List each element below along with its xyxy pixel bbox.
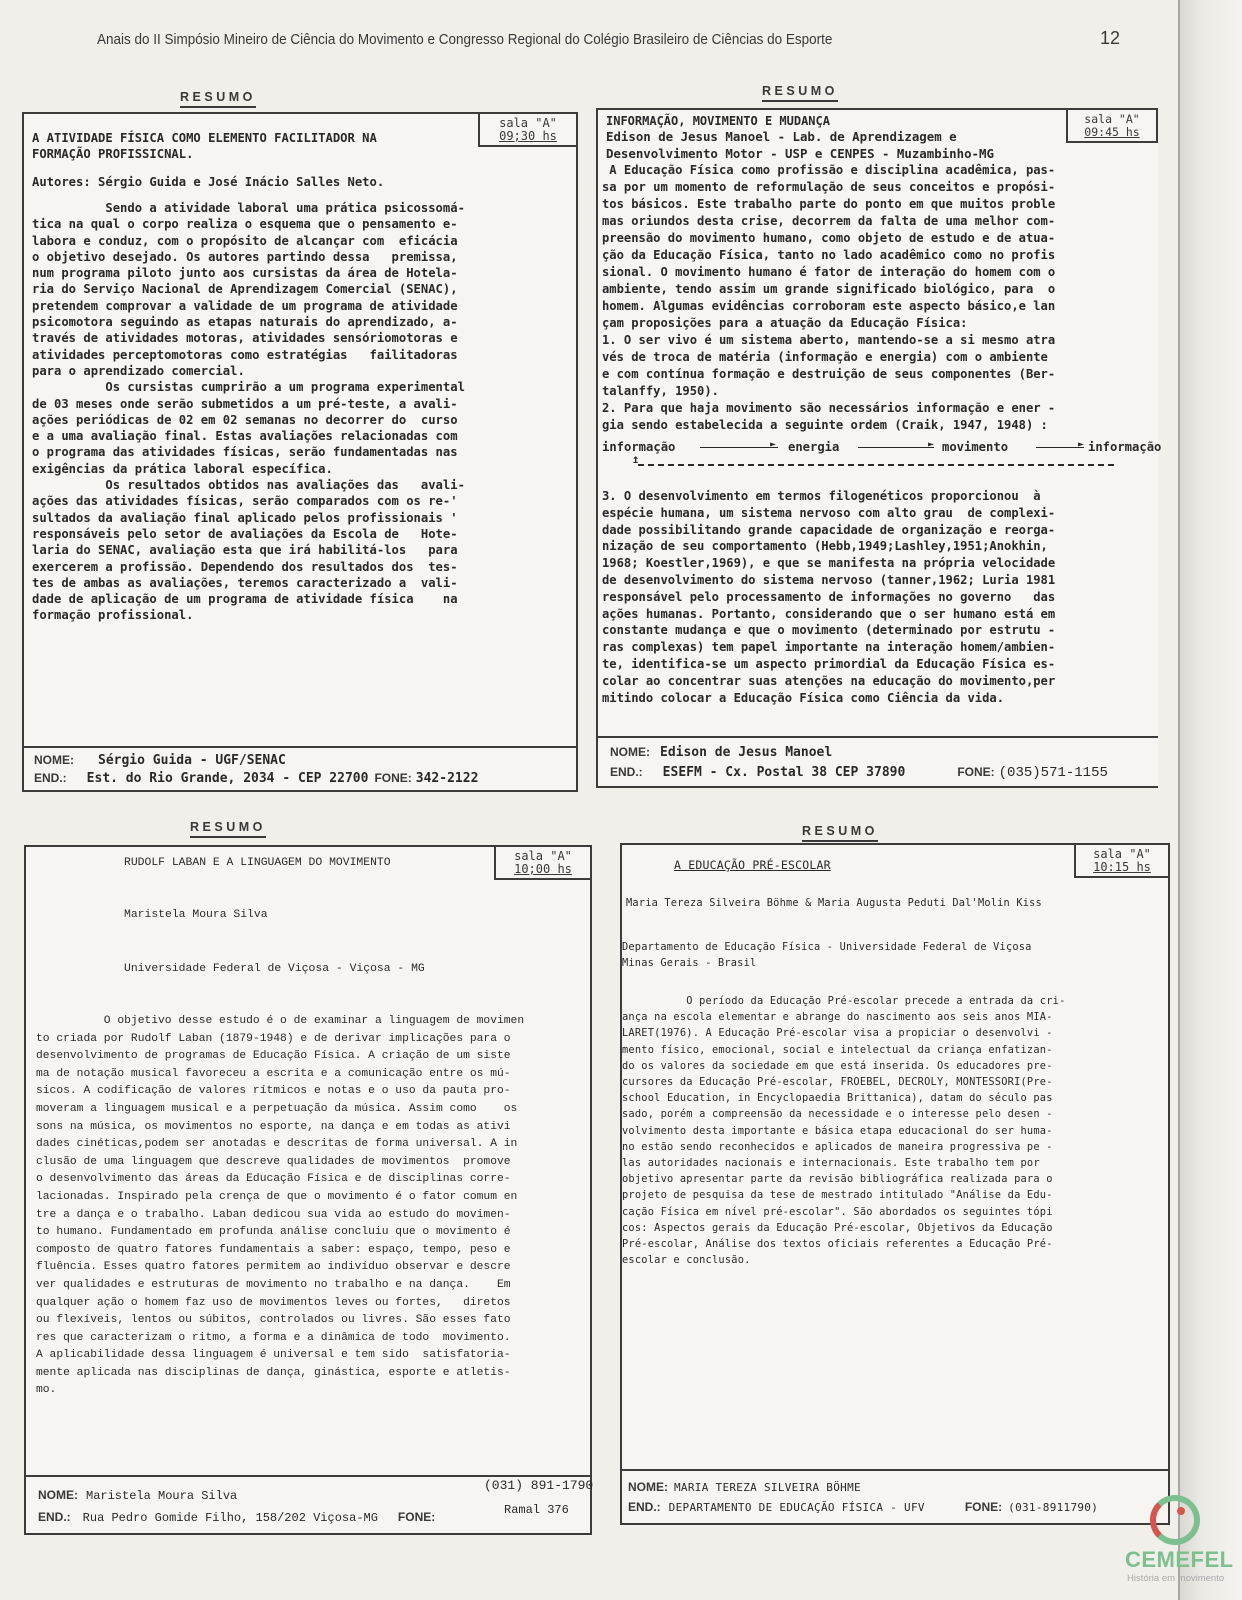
page-number: 12 — [1100, 28, 1120, 49]
abstract-authors: Autores: Sérgio Guida e José Inácio Sall… — [32, 174, 384, 190]
flow-step: movimento — [942, 440, 1008, 454]
name-label: NOME: — [610, 745, 650, 759]
flow-diagram: informação ► energia ► movimento ► infor… — [602, 440, 1158, 480]
name-label: NOME: — [34, 753, 74, 767]
contact-footer: NOME:Sérgio Guida - UGF/SENAC END.:Est. … — [24, 746, 576, 790]
section-label-resumo: RESUMO — [180, 90, 256, 108]
title-text: A EDUCAÇÃO PRÉ-ESCOLAR — [674, 858, 831, 872]
abstract-affiliation: Universidade Federal de Viçosa - Viçosa … — [124, 961, 425, 978]
room-time-box: sala "A" 10:15 hs — [1074, 843, 1170, 878]
abstract-affiliation: Departamento de Educação Física - Univer… — [622, 939, 1032, 972]
session-time: 09;30 hs — [486, 130, 570, 143]
session-time: 10:15 hs — [1082, 861, 1162, 874]
phone-label: FONE: — [398, 1510, 435, 1524]
contact-footer: NOME:Maristela Moura Silva END.:Rua Pedr… — [26, 1475, 590, 1533]
contact-address: ESEFM - Cx. Postal 38 CEP 37890 — [663, 765, 906, 780]
contact-extension: Ramal 376 — [504, 1503, 569, 1517]
phone-label: FONE: — [965, 1500, 1002, 1514]
arrow-right-icon — [1036, 447, 1084, 448]
contact-phone: 342-2122 — [416, 771, 479, 786]
session-time: 09:45 hs — [1074, 126, 1150, 139]
section-label-resumo: RESUMO — [802, 824, 878, 842]
running-header: Anais do II Simpósio Mineiro de Ciência … — [97, 32, 1027, 48]
arrow-up-icon: ↥ — [632, 452, 639, 466]
abstract-authors: Edison de Jesus Manoel - Lab. de Aprendi… — [606, 129, 994, 162]
room-time-box: sala "A" 09;30 hs — [478, 112, 578, 147]
title-line: FORMAÇÃO PROFISSICNAL. — [32, 147, 193, 161]
phone-label: FONE: — [374, 771, 411, 785]
room-time-box: sala "A" 10;00 hs — [494, 845, 592, 880]
abstract-title: A EDUCAÇÃO PRÉ-ESCOLAR — [674, 857, 831, 873]
name-label: NOME: — [628, 1480, 668, 1494]
contact-phone: (035)571-1155 — [999, 765, 1108, 781]
abstract-body: O período da Educação Pré-escolar preced… — [622, 993, 1066, 1268]
section-label-resumo: RESUMO — [762, 84, 838, 102]
address-label: END.: — [628, 1500, 661, 1514]
contact-footer: NOME:Edison de Jesus Manoel END.:ESEFM -… — [598, 736, 1158, 786]
author-line: Desenvolvimento Motor - USP e CENPES - M… — [606, 146, 994, 161]
logo-ring-icon — [1150, 1495, 1200, 1545]
logo-dot-icon — [1177, 1507, 1185, 1515]
arrow-right-icon — [858, 447, 934, 448]
flow-step: informação — [1088, 440, 1161, 454]
watermark-tagline: História em movimento — [1127, 1573, 1242, 1584]
contact-address: Est. do Rio Grande, 2034 - CEP 22700 — [87, 771, 369, 786]
phone-label: FONE: — [957, 765, 994, 779]
section-label-resumo: RESUMO — [190, 820, 266, 838]
session-time: 10;00 hs — [502, 863, 584, 876]
abstract-title: RUDOLF LABAN E A LINGUAGEM DO MOVIMENTO — [124, 855, 391, 872]
name-label: NOME: — [38, 1488, 78, 1502]
address-label: END.: — [34, 771, 67, 785]
feedback-loop-line — [638, 464, 1114, 466]
address-label: END.: — [610, 765, 643, 779]
abstract-title: A ATIVIDADE FÍSICA COMO ELEMENTO FACILIT… — [32, 130, 377, 162]
contact-phone: (031) 891-1790 — [484, 1478, 593, 1493]
abstract-body-continued: 3. O desenvolvimento em termos filogenét… — [602, 488, 1055, 706]
abstract-body: A Educação Física como profissão e disci… — [602, 162, 1055, 434]
affiliation-line: Departamento de Educação Física - Univer… — [622, 941, 1032, 953]
contact-name: Maristela Moura Silva — [86, 1489, 237, 1503]
contact-address: Rua Pedro Gomide Filho, 158/202 Viçosa-M… — [83, 1511, 378, 1525]
contact-name: MARIA TEREZA SILVEIRA BÖHME — [674, 1481, 861, 1494]
abstract-author: Maristela Moura Silva — [124, 907, 268, 924]
abstract-card-4: sala "A" 10:15 hs A EDUCAÇÃO PRÉ-ESCOLAR… — [620, 843, 1170, 1525]
contact-footer: NOME:MARIA TEREZA SILVEIRA BÖHME END.:DE… — [622, 1469, 1168, 1523]
page-edge — [1178, 0, 1242, 1600]
abstract-card-3: sala "A" 10;00 hs RUDOLF LABAN E A LINGU… — [24, 845, 592, 1535]
abstract-title: INFORMAÇÃO, MOVIMENTO E MUDANÇA — [606, 113, 830, 129]
abstract-body: Sendo a atividade laboral uma prática ps… — [32, 200, 465, 624]
contact-address: DEPARTAMENTO DE EDUCAÇÃO FÍSICA - UFV — [669, 1501, 925, 1514]
contact-name: Sérgio Guida - UGF/SENAC — [98, 753, 286, 768]
cemefel-watermark: CEMEFEL História em movimento — [1125, 1495, 1235, 1595]
room-time-box: sala "A" 09:45 hs — [1066, 108, 1158, 143]
abstract-card-1: sala "A" 09;30 hs A ATIVIDADE FÍSICA COM… — [22, 112, 578, 792]
title-line: A ATIVIDADE FÍSICA COMO ELEMENTO FACILIT… — [32, 131, 377, 145]
abstract-body: O objetivo desse estudo é o de examinar … — [36, 1013, 524, 1400]
arrow-right-icon — [700, 447, 778, 448]
flow-step: energia — [788, 440, 839, 454]
affiliation-line: Minas Gerais - Brasil — [622, 957, 756, 969]
address-label: END.: — [38, 1510, 71, 1524]
watermark-name: CEMEFEL — [1125, 1547, 1242, 1573]
abstract-authors: Maria Tereza Silveira Böhme & Maria Augu… — [626, 895, 1042, 911]
contact-phone: (031-8911790) — [1008, 1501, 1098, 1514]
contact-name: Edison de Jesus Manoel — [660, 745, 832, 760]
abstract-card-2: sala "A" 09:45 hs INFORMAÇÃO, MOVIMENTO … — [596, 108, 1158, 788]
author-line: Edison de Jesus Manoel - Lab. de Aprendi… — [606, 129, 957, 144]
